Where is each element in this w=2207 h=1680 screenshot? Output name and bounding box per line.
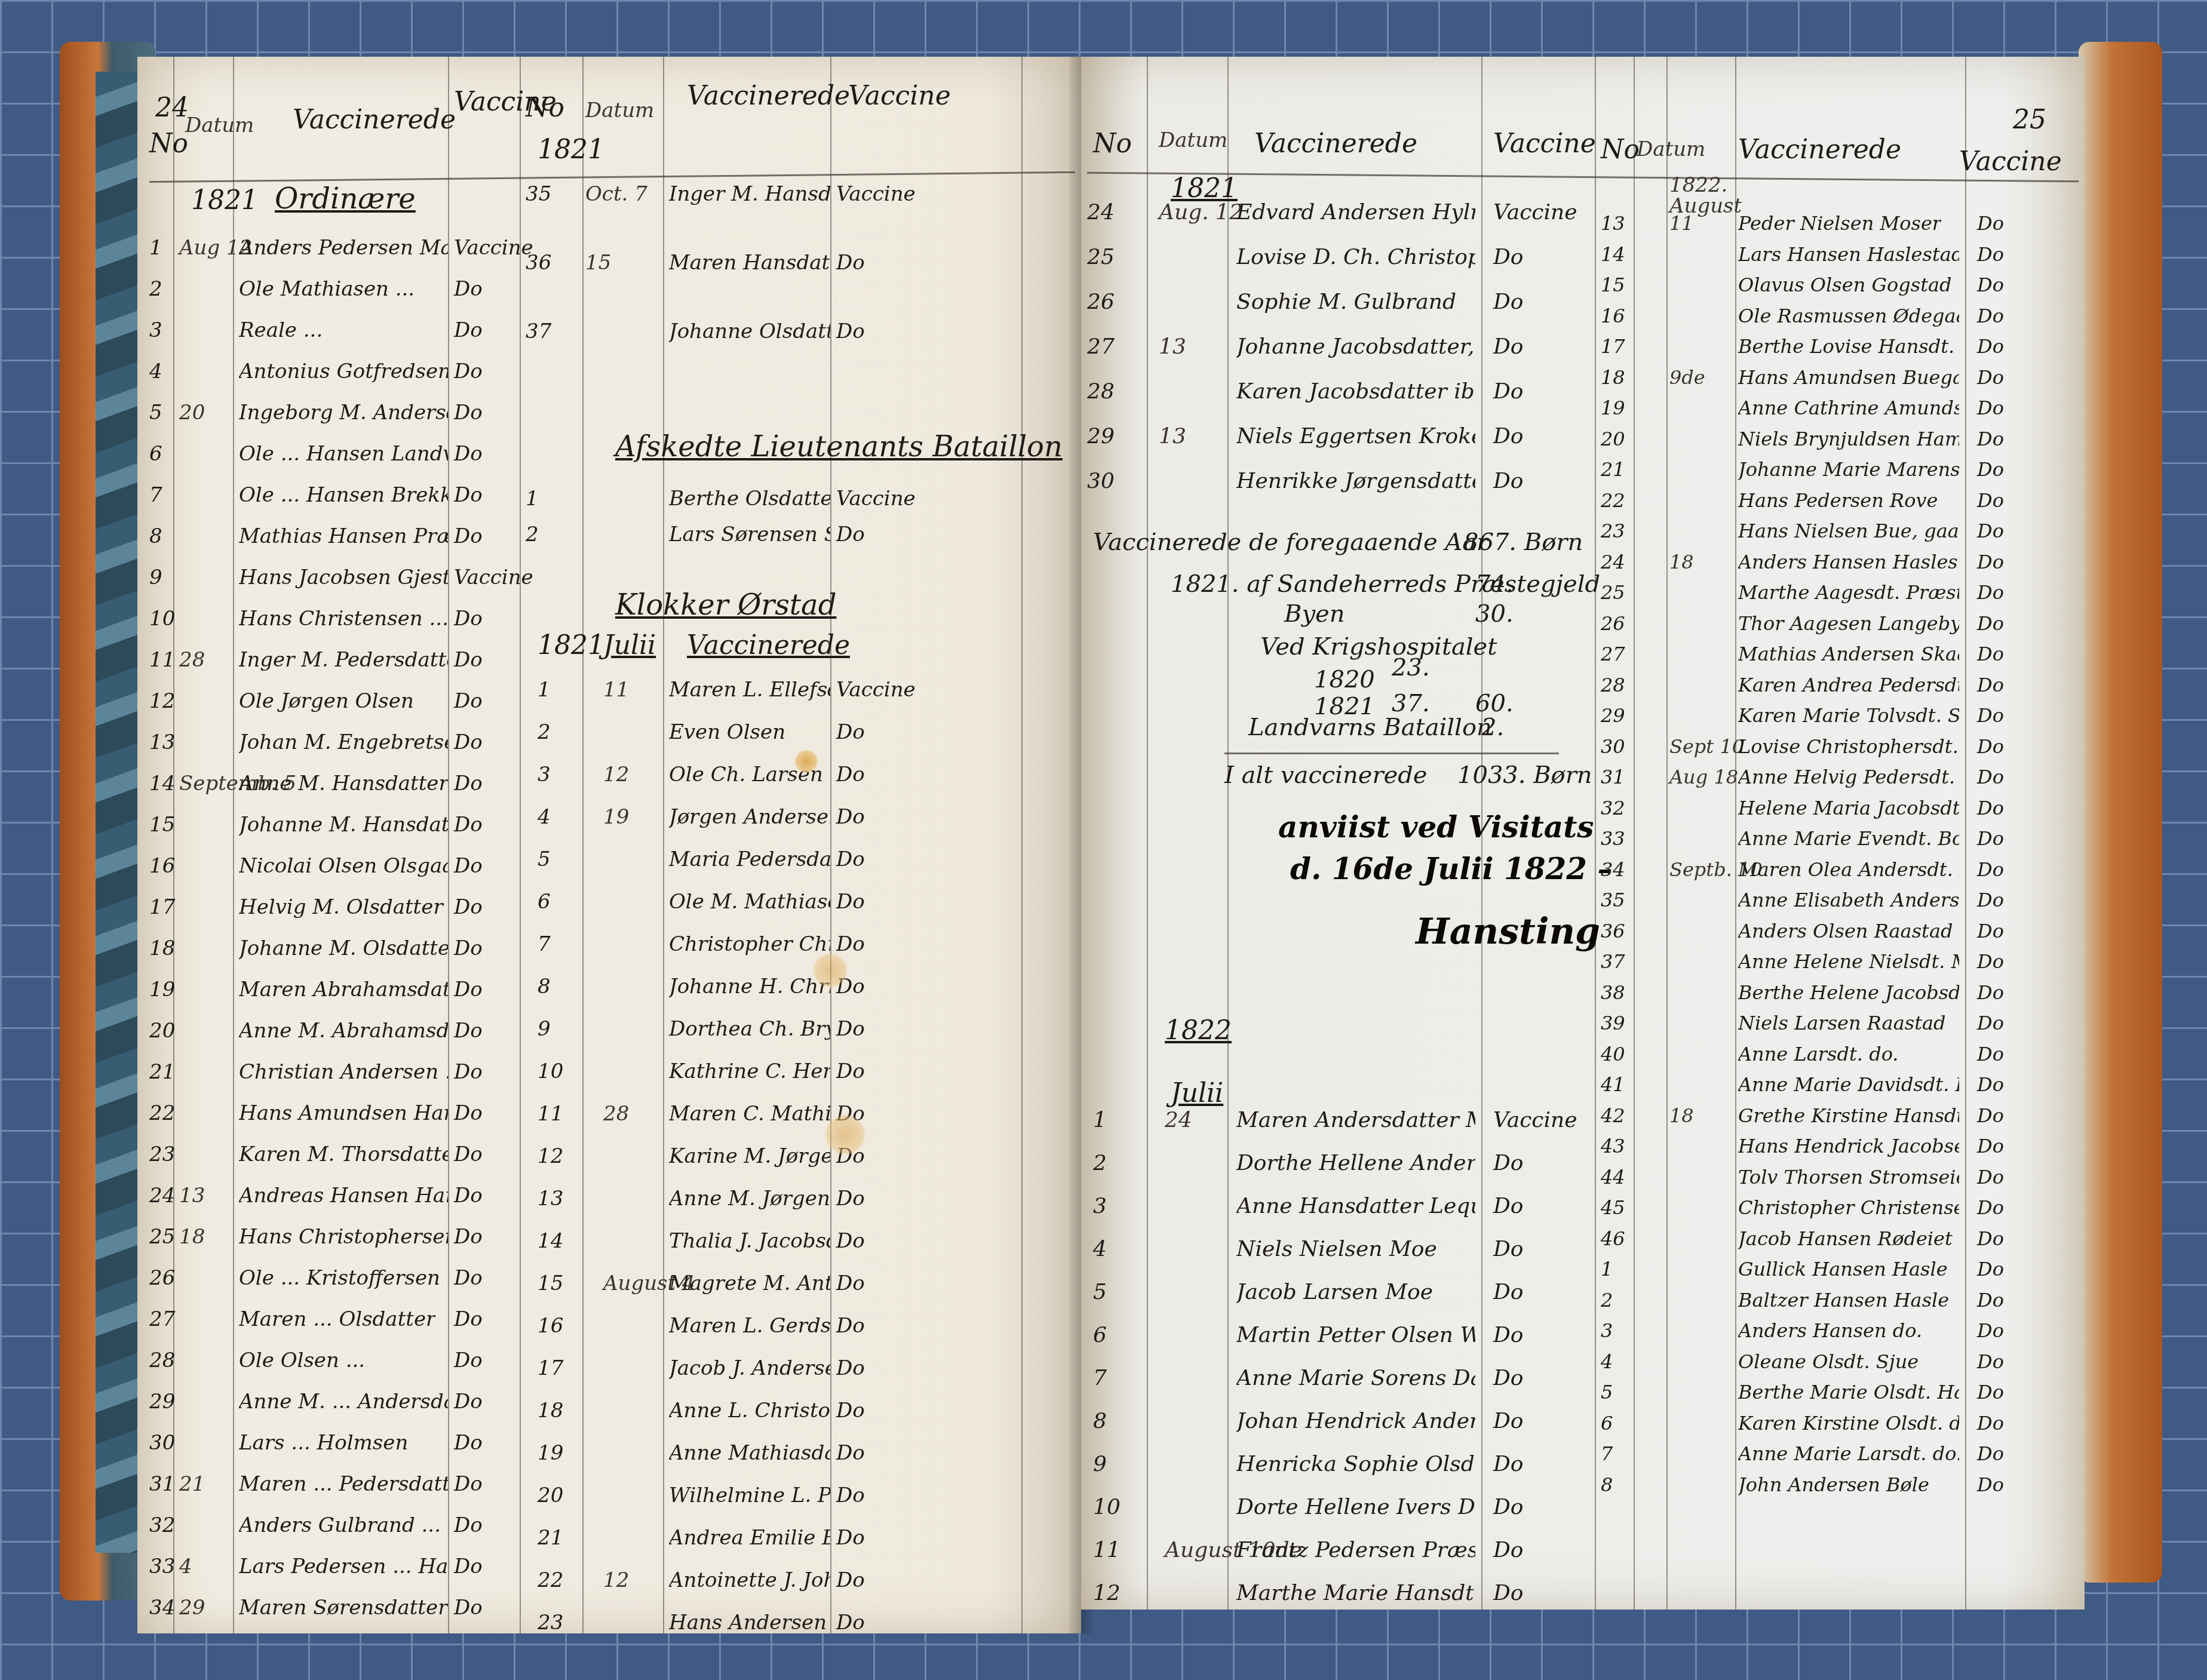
entry-name: Tolv Thorsen Stromseiet [1738,1166,1959,1188]
entry-vaccine: Do [1977,1166,2004,1188]
entry-number: 5 [149,401,162,425]
entry-vaccine: Vaccine [1493,200,1577,225]
entry-number: 33 [149,1555,175,1578]
entry-name: Maren Sørensdatter Skjerven [239,1596,448,1620]
entry-vaccine: Do [454,483,483,507]
entry-name: Hans Nielsen Bue, gaardseiet [1738,520,1959,542]
entry-number: 1 [1601,1258,1613,1280]
entry-number: 3 [1601,1319,1613,1342]
entry-vaccine: Vaccine [836,487,916,511]
entry-vaccine: Do [1977,1289,2004,1312]
entry-name: Berthe Marie Olsdt. Haslestad [1738,1381,1959,1403]
entry-name: Maren Abrahamsdatter Olsgaarden [239,978,448,1002]
entry-number: 3 [1093,1194,1107,1218]
entry-date: 11 [1669,212,1694,235]
entry-name: Mathias Andersen Skaaten [1738,643,1959,665]
entry-vaccine: Do [1977,797,2004,819]
entry-number: 5 [1601,1381,1613,1403]
entry-number: 40 [1601,1043,1625,1065]
entry-name: Anne Larsdt. do. [1738,1043,1899,1065]
entry-name: Antoinette J. Johansdatter Berg [669,1568,830,1592]
entry-name: Anne M. Jørgensdatter ibid [669,1187,830,1211]
entry-name: Anders Pedersen Mæhlum [239,236,448,260]
entry-number: 21 [538,1526,563,1550]
entry-number: 11 [1093,1538,1121,1562]
entry-vaccine: Do [1493,1452,1524,1476]
entry-number: 4 [538,805,551,829]
entry-number: 21 [1601,458,1625,481]
section-col: Vaccinerede [687,630,850,661]
entry-vaccine: Do [454,813,483,837]
entry-name: Olavus Olsen Gogstad [1738,274,1952,296]
entry-name: Christopher Christiansen [669,932,830,956]
entry-name: Lars Pedersen ... Haslet [239,1555,448,1578]
entry-vaccine: Do [454,401,483,425]
entry-number: 19 [538,1441,563,1465]
entry-vaccine: Do [1493,334,1524,359]
entry-number: 12 [538,1144,563,1168]
entry-number: 2 [149,277,162,301]
right-page: No Datum Vaccinerede Vaccine No Datum Va… [1081,57,2085,1610]
entry-vaccine: Do [836,320,865,343]
entry-vaccine: Do [454,1596,483,1620]
entry-number: 1 [1093,1108,1107,1132]
entry-name: Ole M. Mathiasen Engen [669,890,830,914]
entry-number: 15 [1601,274,1625,296]
section-year: 1821 [538,630,604,661]
entry-date: 11 [603,678,629,702]
entry-number: 7 [149,483,162,507]
entry-number: 12 [149,689,175,713]
entry-date: 18 [1669,551,1694,573]
entry-vaccine: Do [454,1513,483,1537]
entry-name: Maren Hansdatter Skogen [669,251,830,275]
entry-name: Sophie M. Gulbrand [1236,290,1456,314]
entry-number: 14 [538,1229,563,1253]
summary-town-label: Byen [1284,600,1345,628]
entry-vaccine: Do [454,1307,483,1331]
entry-number: 24 [149,1184,175,1208]
entry-vaccine: Do [1493,379,1524,404]
entry-vaccine: Do [454,1060,483,1084]
entry-name: Henricka Sophie Olsdatter Gogstad [1236,1452,1475,1476]
entry-number: 25 [1087,245,1115,269]
entry-vaccine: Do [1977,1073,2004,1096]
entry-name: Frantz Pedersen Præsteiet [1236,1538,1475,1562]
entry-number: 35 [1601,889,1625,911]
entry-name: Lars ... Holmsen [239,1431,408,1455]
entry-vaccine: Do [1493,1280,1524,1304]
entry-vaccine: Do [1493,1237,1524,1261]
summary-hospital-1820-value: 23. [1392,654,1430,681]
entry-number: 38 [1601,981,1625,1004]
entry-number: 10 [1093,1495,1121,1519]
entry-number: 13 [149,730,175,754]
entry-name: Maren ... Pedersdatter [239,1472,448,1496]
entry-name: Hans Amundsen Buegaarden [1738,366,1959,389]
entry-date: Aug. 12 [1159,200,1243,225]
entry-name: Ole ... Kristoffersen [239,1266,440,1290]
entry-vaccine: Do [1977,1012,2004,1034]
entry-name: Dorthe Hellene Anders datter Gogstadeiet [1236,1151,1475,1175]
section-title-klokker: Klokker Ørstad [615,588,836,622]
entry-number: 29 [1087,424,1115,449]
entry-number: 34 [1601,858,1625,881]
entry-vaccine: Do [1977,674,2004,696]
entry-vaccine: Do [836,763,865,787]
entry-vaccine: Do [454,277,483,301]
entry-name: Hans Andersen Hylmen [669,1611,830,1635]
entry-name: Ole Jørgen Olsen [239,689,414,713]
entry-name: Karen M. Thorsdatter ibid [239,1142,448,1166]
entry-vaccine: Do [1977,766,2004,788]
entry-name: Christopher Christensen Skravestad [1738,1196,1959,1219]
entry-number: 20 [1601,428,1625,450]
entry-name: Lovise Christophersdt. Borgene [1738,735,1959,758]
entry-name: Berthe Lovise Hansdt. Støkke [1738,335,1959,358]
entry-name: Andreas Hansen Hammerød [239,1184,448,1208]
entry-date: Oct. 7 [585,182,647,206]
entry-vaccine: Do [1977,1135,2004,1157]
book-cover-right [2079,42,2162,1583]
entry-name: Jacob J. Andersen Kamstad [669,1356,830,1380]
entry-vaccine: Do [836,1059,865,1083]
entry-number: 27 [1601,643,1625,665]
entry-vaccine: Do [454,1390,483,1414]
entry-vaccine: Do [1977,704,2004,727]
summary-hospital-label: Ved Krigshospitalet [1260,633,1497,661]
entry-name: Jørgen Andersen Lindberg [669,805,830,829]
entry-number: 22 [538,1568,563,1592]
entry-number: 18 [1601,366,1625,389]
entry-name: Edvard Andersen Hylmen [1236,200,1475,225]
entry-vaccine: Do [836,1399,865,1423]
entry-vaccine: Do [1977,920,2004,942]
entry-name: Andrea Emilie Berg [669,1526,830,1550]
entry-number: 8 [538,975,551,999]
entry-number: 2 [538,720,551,744]
entry-vaccine: Do [836,890,865,914]
entry-name: Marthe Aagesdt. Præsteeiet [1738,581,1959,604]
entry-vaccine: Do [454,689,483,713]
entry-vaccine: Do [454,360,483,383]
entry-number: 6 [149,442,162,466]
entry-number: 17 [538,1356,563,1380]
entry-name: Anders Hansen Haslestad [1738,551,1959,573]
entry-name: Nicolai Olsen Olsgaarden [239,854,448,878]
summary-parish-label: 1821. af Sandeherreds Præstegjeld [1171,570,1600,598]
entry-vaccine: Vaccine [836,182,916,206]
entry-number: 13 [1601,212,1625,235]
entry-vaccine: Do [836,1611,865,1635]
entry-number: 2 [1093,1151,1107,1175]
entry-number: 9 [538,1017,551,1041]
entry-vaccine: Do [454,1266,483,1290]
entry-vaccine: Do [1493,1366,1524,1390]
summary-town-value: 30. [1475,600,1514,628]
summary-landvarn-label: Landvarns Bataillon [1248,714,1492,741]
entry-number: 13 [538,1187,563,1211]
entry-vaccine: Do [836,1568,865,1592]
entry-name: Lars Sørensen Skjøvang [669,523,830,546]
entry-number: 32 [1601,797,1625,819]
entry-name: Berthe Helene Jacobsdt. Meldset [1738,981,1959,1004]
entry-number: 7 [538,932,551,956]
entry-number: 32 [149,1513,175,1537]
entry-name: Hans Christensen ... [239,607,448,631]
entry-vaccine: Do [454,648,483,672]
entry-number: 18 [538,1399,563,1423]
year-label: 1821 [191,185,258,216]
entry-name: Maren ... Olsdatter [239,1307,435,1331]
section-title-bataillon: Afskedte Lieutenants Bataillon [615,430,1063,463]
entry-vaccine: Do [1493,1194,1524,1218]
entry-name: John Andersen Bøle [1738,1473,1929,1496]
entry-vaccine: Do [836,1441,865,1465]
entry-name: Maren Olea Andersdt. Bøle [1738,858,1959,881]
entry-name: Johanne H. Christiansdatter [669,975,830,999]
entry-number: 29 [1601,704,1625,727]
entry-number: 22 [149,1101,175,1125]
col-header-no: No [149,128,188,159]
entry-number: 8 [1601,1473,1613,1496]
entry-vaccine: Do [454,854,483,878]
entry-vaccine: Do [1977,274,2004,296]
entry-number: 20 [538,1484,563,1507]
col-header-no: No [1093,128,1132,159]
entry-name: Antonius Gotfredsen [239,360,448,383]
entry-vaccine: Do [1977,1196,2004,1219]
entry-name: Even Olsen [669,720,785,744]
entry-number: 26 [149,1266,175,1290]
entry-name: Grethe Kirstine Hansdt. Unneberg [1738,1104,1959,1127]
entry-date: 12 [603,763,629,787]
entry-name: Helvig M. Olsdatter ibid [239,895,448,919]
entry-number: 6 [1093,1323,1107,1347]
entry-date: 29 [179,1596,205,1620]
entry-number: 11 [538,1102,563,1126]
entry-name: Anne M. Hansdatter Olsen [239,772,448,796]
entry-name: Ole Rasmussen Ødegaarden [1738,305,1959,327]
entry-number: 27 [1087,334,1115,359]
entry-vaccine: Do [1977,1258,2004,1280]
entry-vaccine: Do [836,1017,865,1041]
month-label-b: Julii [1171,1078,1223,1108]
entry-vaccine: Do [836,1484,865,1507]
entry-date: 18 [1669,1104,1694,1127]
entry-vaccine: Do [836,1526,865,1550]
entry-vaccine: Do [836,1314,865,1338]
col-header-vaccine: Vaccine [1493,128,1596,159]
entry-number: 8 [149,524,162,548]
entry-vaccine: Do [1493,469,1524,493]
entry-name: Ole Mathiasen ... [239,277,415,301]
col-header-vaccinated-b: Vaccinerede [687,81,850,111]
entry-vaccine: Do [1977,335,2004,358]
entry-vaccine: Do [836,1229,865,1253]
entry-vaccine: Do [1493,245,1524,269]
entry-vaccine: Do [1977,551,2004,573]
entry-number: 14 [149,772,175,796]
entry-vaccine: Do [836,720,865,744]
entry-name: Anders Olsen Raastad [1738,920,1953,942]
entry-vaccine: Do [454,895,483,919]
entry-vaccine: Do [836,1271,865,1295]
entry-name: Ole ... Hansen Brekken [239,483,448,507]
entry-date: 24 [1165,1108,1192,1132]
left-page: 24 No Datum Vaccinerede Vaccine No Datum… [137,57,1081,1633]
entry-number: 10 [149,607,175,631]
entry-vaccine: Do [1977,950,2004,973]
col-header-date: Datum [185,113,254,137]
entry-vaccine: Do [836,932,865,956]
entry-name: Ingeborg M. Andersdatter [239,401,448,425]
entry-name: Peder Nielsen Moser [1738,212,1941,235]
entry-number: 43 [1601,1135,1625,1157]
entry-vaccine: Do [836,847,865,871]
entry-name: Johan Hendrick Andersen Gogstad [1236,1409,1475,1433]
entry-number: 39 [1601,1012,1625,1034]
entry-name: Maria Pedersdatter Tiger [669,847,830,871]
col-header-vaccine-b: Vaccine [848,81,951,111]
entry-name: Maren L. Ellefsdatter [669,678,830,702]
entry-name: Inger M. Hansdatter Jørgensrud [669,182,830,206]
entry-vaccine: Do [1493,1495,1524,1519]
entry-date: 28 [179,648,205,672]
entry-name: Kathrine C. Hendriksdatter Berg [669,1059,830,1083]
entry-number: 24 [1087,200,1115,225]
entry-vaccine: Do [1977,612,2004,635]
entry-name: Johan M. Engebretsen [239,730,448,754]
summary-landvarn-value: 2. [1481,714,1504,741]
entry-number: 4 [1601,1350,1613,1373]
entry-name: Anne Helvig Pedersdt. Rove [1738,766,1959,788]
entry-vaccine: Do [1977,1381,2004,1403]
entry-vaccine: Do [454,607,483,631]
summary-previous-label: Vaccinerede de foregaaende Aar [1093,529,1488,556]
year-label-c: 1822. [1669,173,1727,197]
entry-name: Niels Nielsen Moe [1236,1237,1437,1261]
entry-name: Hans Jacobsen Gjestad [239,566,448,589]
entry-name: Anne Helene Nielsdt. Meløst [1738,950,1959,973]
summary-parish-value: 74. [1475,570,1514,598]
entry-number: 10 [538,1059,563,1083]
entry-vaccine: Do [1493,424,1524,449]
entry-vaccine: Do [1977,520,2004,542]
entry-number: 25 [1601,581,1625,604]
entry-vaccine: Do [454,442,483,466]
entry-name: Lars Hansen Haslestad [1738,243,1959,266]
entry-number: 3 [149,318,162,342]
entry-number: 20 [149,1019,175,1043]
entry-name: Ole ... Hansen Landvig [239,442,448,466]
entry-number: 35 [526,182,551,206]
entry-vaccine: Do [454,1349,483,1372]
entry-name: Maren C. Mathiasdatter Granstad [669,1102,830,1126]
entry-vaccine: Do [1977,1473,2004,1496]
entry-vaccine: Do [836,251,865,275]
entry-vaccine: Do [1977,458,2004,481]
entry-name: Berthe Olsdatter Rømmesdatter Gislesk [669,487,830,511]
entry-vaccine: Do [1977,735,2004,758]
entry-date: 4 [179,1555,192,1578]
entry-date: 15 [585,251,611,275]
entry-name: Karen Andrea Pedersdt. Røien [1738,674,1959,696]
entry-name: Johanne M. Hansdatter ibid [239,813,448,837]
entry-vaccine: Do [1493,1538,1524,1562]
entry-number: 25 [149,1225,175,1249]
entry-name: Maren L. Gerdsdatter Wiik [669,1314,830,1338]
col-header-date: Datum [1159,128,1227,152]
entry-number: 34 [149,1596,175,1620]
visitation-note-line2: d. 16de Julii 1822 – [1290,851,1613,886]
entry-number: 17 [149,895,175,919]
entry-name: Anne M. Abrahamsdatter ibid [239,1019,448,1043]
entry-name: Anne Marie Larsdt. do. [1738,1442,1959,1465]
entry-vaccine: Vaccine [454,236,533,260]
entry-vaccine: Do [1977,858,2004,881]
entry-name: Karen Jacobsdatter ibid [1236,379,1475,404]
entry-name: Marthe Marie Hansdt. Buegaarden [1236,1581,1475,1605]
entry-name: Magrete M. Antonsdatter Grønn [669,1271,830,1295]
summary-total-value: 1033. Børn [1457,761,1592,789]
section-title: Ordinære [275,182,416,216]
entry-number: 6 [538,890,551,914]
entry-vaccine: Do [1493,1581,1524,1605]
entry-vaccine: Do [836,805,865,829]
entry-name: Johanne M. Olsdatter ibid [239,936,448,960]
entry-vaccine: Do [1977,581,2004,604]
entry-number: 23 [1601,520,1625,542]
entry-name: Johanne Marie Marensdt. Hamfjord [1738,458,1959,481]
entry-date: 13 [179,1184,205,1208]
entry-number: 24 [1601,551,1625,573]
entry-date: 13 [1159,424,1186,449]
entry-name: Anne L. Christophersdatter Stensrød [669,1399,830,1423]
entry-vaccine: Do [454,524,483,548]
entry-number: 26 [1601,612,1625,635]
entry-number: 2 [1601,1289,1613,1312]
entry-number: 7 [1093,1366,1107,1390]
entry-number: 22 [1601,489,1625,512]
signature: Hansting [1416,911,1600,953]
entry-name: Anne Marie Sorens Datter Strand [1236,1366,1475,1390]
entry-vaccine: Do [1977,1104,2004,1127]
entry-vaccine: Do [1977,428,2004,450]
entry-name: Gullick Hansen Hasle [1738,1258,1948,1280]
year-label-b: 1822 [1165,1015,1232,1046]
entry-number: 12 [1093,1581,1121,1605]
entry-number: 16 [1601,305,1625,327]
entry-vaccine: Do [1977,1442,2004,1465]
summary-hospital-1820-year: 1820 [1314,666,1375,693]
entry-vaccine: Do [1977,1227,2004,1250]
entry-name: Reale ... [239,318,323,342]
visitation-note-line1: anviist ved Visitats [1278,809,1594,844]
entry-vaccine: Do [1977,1319,2004,1342]
entry-name: Lovise D. Ch. Christophersdatter [1236,245,1475,269]
entry-name: Ole Olsen ... [239,1349,365,1372]
entry-number: 18 [149,936,175,960]
entry-name: Johanne Jacobsdatter, Ingarvildsvei [1236,334,1475,359]
page-number: 24 [155,93,189,123]
col-header-no-b: No [526,93,564,123]
entry-name: Mathias Hansen Præstegaard [239,524,448,548]
entry-vaccine: Do [1493,1323,1524,1347]
entry-number: 3 [538,763,551,787]
entry-number: 41 [1601,1073,1625,1096]
entry-name: Wilhelmine L. Paulsen Bryne [669,1484,830,1507]
